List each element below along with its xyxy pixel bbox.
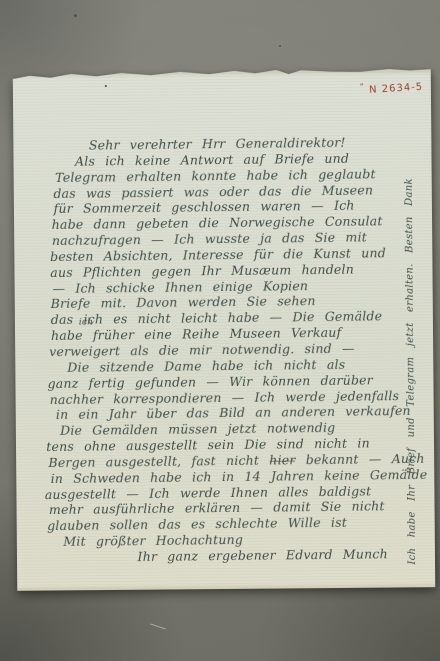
inserted-word-above-line: ich xyxy=(79,318,93,327)
red-check-mark: ” xyxy=(359,82,364,91)
photograph-of-letter: { "archive_label": { "mark": "\u201d", "… xyxy=(0,0,440,661)
mount-scratch xyxy=(150,624,166,630)
paper-sheet: ”N 2634-5 ich Sehr verehrter Hrr General… xyxy=(13,68,436,591)
letter-page: ”N 2634-5 ich Sehr verehrter Hrr General… xyxy=(13,68,436,591)
letter-line: Ihr ganz ergebener Edvard Munch xyxy=(137,546,411,565)
dust-speck xyxy=(74,14,77,17)
letter-body: ich Sehr verehrter Hrr Generaldirektor!A… xyxy=(41,134,412,566)
dust-speck xyxy=(279,45,281,47)
ink-speck xyxy=(105,85,107,87)
archive-catalog-number: ”N 2634-5 xyxy=(359,79,423,97)
margin-note-vertical: Ich habe Ihr Brief und Telegram jetzt er… xyxy=(403,146,423,596)
catalog-number-text: N 2634-5 xyxy=(369,82,424,96)
